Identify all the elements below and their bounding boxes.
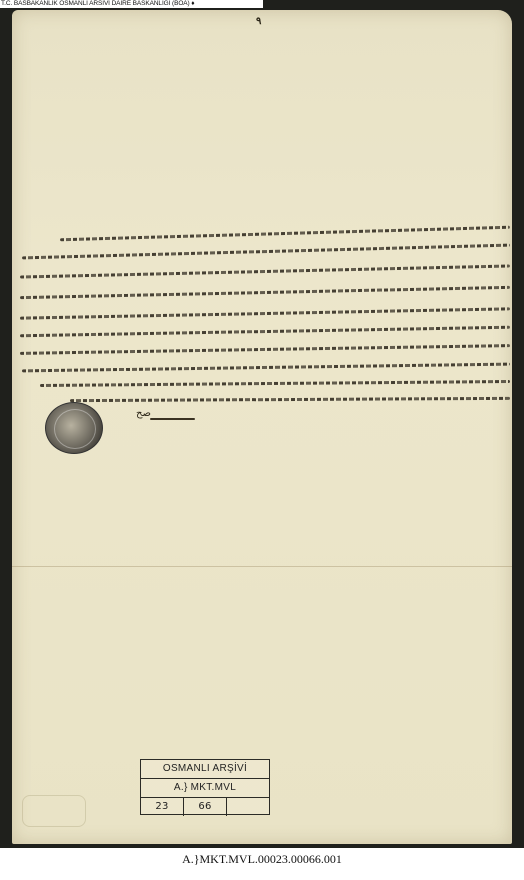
embossed-mark [22, 795, 86, 827]
fold-line [12, 566, 512, 567]
archive-stamp: OSMANLI ARŞİVİ A.} MKT.MVL 23 66 [140, 759, 270, 815]
stamp-gomlek: 66 [184, 798, 227, 816]
signature-stroke [150, 418, 195, 420]
signature: صح [136, 408, 151, 419]
page-number: ٩ [256, 16, 261, 27]
archive-title: T.C. BASBAKANLIK OSMANLI ARSIVI DAIRE BA… [1, 0, 190, 7]
seal-inner-ring [54, 409, 96, 449]
stamp-title: OSMANLI ARŞİVİ [141, 760, 269, 779]
document-viewer: T.C. BASBAKANLIK OSMANLI ARSIVI DAIRE BA… [0, 0, 524, 848]
archive-header: T.C. BASBAKANLIK OSMANLI ARSIVI DAIRE BA… [0, 0, 263, 8]
stamp-collection: A.} MKT.MVL [141, 779, 269, 798]
stamp-extra [227, 798, 269, 816]
marker-icon: ♦ [191, 0, 194, 7]
ink-seal [45, 402, 103, 454]
reference-caption: A.}MKT.MVL.00023.00066.001 [0, 852, 524, 867]
stamp-dosya: 23 [141, 798, 184, 816]
stamp-numbers: 23 66 [141, 798, 269, 816]
